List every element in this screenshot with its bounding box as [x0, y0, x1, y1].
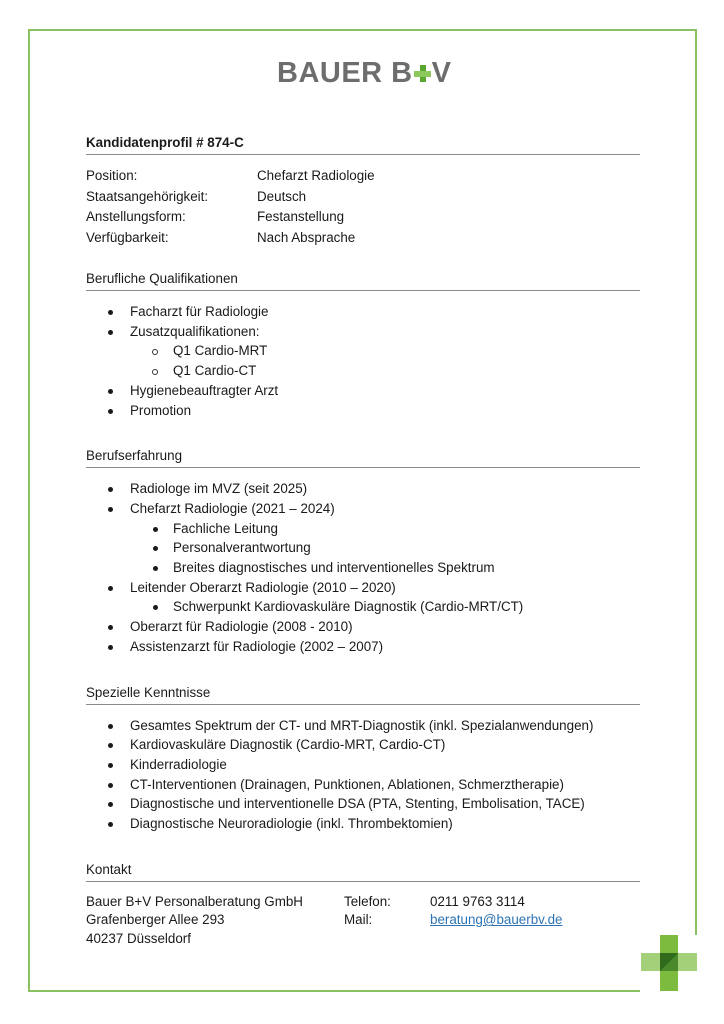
profile-field-row: Staatsangehörigkeit:Deutsch	[86, 187, 640, 208]
list-item: CT-Interventionen (Drainagen, Punktionen…	[86, 775, 640, 795]
experience-heading: Berufserfahrung	[86, 447, 640, 468]
page-frame-top	[28, 29, 697, 31]
list-item: Diagnostische Neuroradiologie (inkl. Thr…	[86, 814, 640, 834]
list-item: Fachliche Leitung	[86, 519, 640, 539]
field-value: Nach Absprache	[257, 228, 355, 249]
page-frame-left	[28, 29, 30, 992]
field-label: Anstellungsform:	[86, 207, 257, 228]
list-item: Promotion	[86, 401, 640, 421]
list-item: Leitender Oberarzt Radiologie (2010 – 20…	[86, 578, 640, 598]
skills-heading: Spezielle Kenntnisse	[86, 684, 640, 705]
list-item: Hygienebeauftragter Arzt	[86, 381, 640, 401]
skills-list: Gesamtes Spektrum der CT- und MRT-Diagno…	[86, 716, 640, 834]
list-item: Diagnostische und interventionelle DSA (…	[86, 794, 640, 814]
mail-link[interactable]: beratung@bauerbv.de	[430, 912, 562, 927]
field-label: Staatsangehörigkeit:	[86, 187, 257, 208]
list-item: Q1 Cardio-MRT	[86, 341, 640, 361]
field-value: Deutsch	[257, 187, 306, 208]
list-item: Q1 Cardio-CT	[86, 361, 640, 381]
list-item: Assistenzarzt für Radiologie (2002 – 200…	[86, 637, 640, 657]
page-frame-bottom	[28, 990, 640, 992]
phone-number: 0211 9763 3114	[430, 893, 562, 912]
document-body: Kandidatenprofil # 874-C Position:Chefar…	[86, 134, 640, 948]
profile-field-row: Anstellungsform:Festanstellung	[86, 207, 640, 228]
qualifications-list: Facharzt für RadiologieZusatzqualifikati…	[86, 302, 640, 420]
logo-text-left: BAUER B	[277, 57, 413, 89]
field-label: Position:	[86, 166, 257, 187]
profile-title: Kandidatenprofil # 874-C	[86, 134, 640, 155]
profile-field-row: Position:Chefarzt Radiologie	[86, 166, 640, 187]
list-item: Personalverantwortung	[86, 538, 640, 558]
list-item: Facharzt für Radiologie	[86, 302, 640, 322]
contact-block: Bauer B+V Personalberatung GmbH Grafenbe…	[86, 893, 640, 949]
list-item: Schwerpunkt Kardiovaskuläre Diagnostik (…	[86, 597, 640, 617]
profile-fields: Position:Chefarzt RadiologieStaatsangehö…	[86, 166, 640, 248]
mail-label: Mail:	[344, 911, 430, 930]
list-item: Zusatzqualifikationen:	[86, 322, 640, 342]
field-label: Verfügbarkeit:	[86, 228, 257, 249]
contact-city: 40237 Düsseldorf	[86, 930, 344, 949]
field-value: Chefarzt Radiologie	[257, 166, 375, 187]
phone-label: Telefon:	[344, 893, 430, 912]
contact-company: Bauer B+V Personalberatung GmbH	[86, 893, 344, 912]
contact-street: Grafenberger Allee 293	[86, 911, 344, 930]
brand-logo: BAUER BV	[277, 56, 451, 90]
field-value: Festanstellung	[257, 207, 344, 228]
list-item: Gesamtes Spektrum der CT- und MRT-Diagno…	[86, 716, 640, 736]
contact-heading: Kontakt	[86, 861, 640, 882]
logo-text-right: V	[432, 57, 452, 89]
qualifications-heading: Berufliche Qualifikationen	[86, 270, 640, 291]
profile-field-row: Verfügbarkeit:Nach Absprache	[86, 228, 640, 249]
list-item: Breites diagnostisches und interventione…	[86, 558, 640, 578]
page-frame-right	[695, 29, 697, 935]
list-item: Oberarzt für Radiologie (2008 - 2010)	[86, 617, 640, 637]
list-item: Kardiovaskuläre Diagnostik (Cardio-MRT, …	[86, 735, 640, 755]
list-item: Chefarzt Radiologie (2021 – 2024)	[86, 499, 640, 519]
experience-list: Radiologe im MVZ (seit 2025)Chefarzt Rad…	[86, 479, 640, 656]
list-item: Radiologe im MVZ (seit 2025)	[86, 479, 640, 499]
logo-plus-icon	[414, 63, 431, 83]
list-item: Kinderradiologie	[86, 755, 640, 775]
